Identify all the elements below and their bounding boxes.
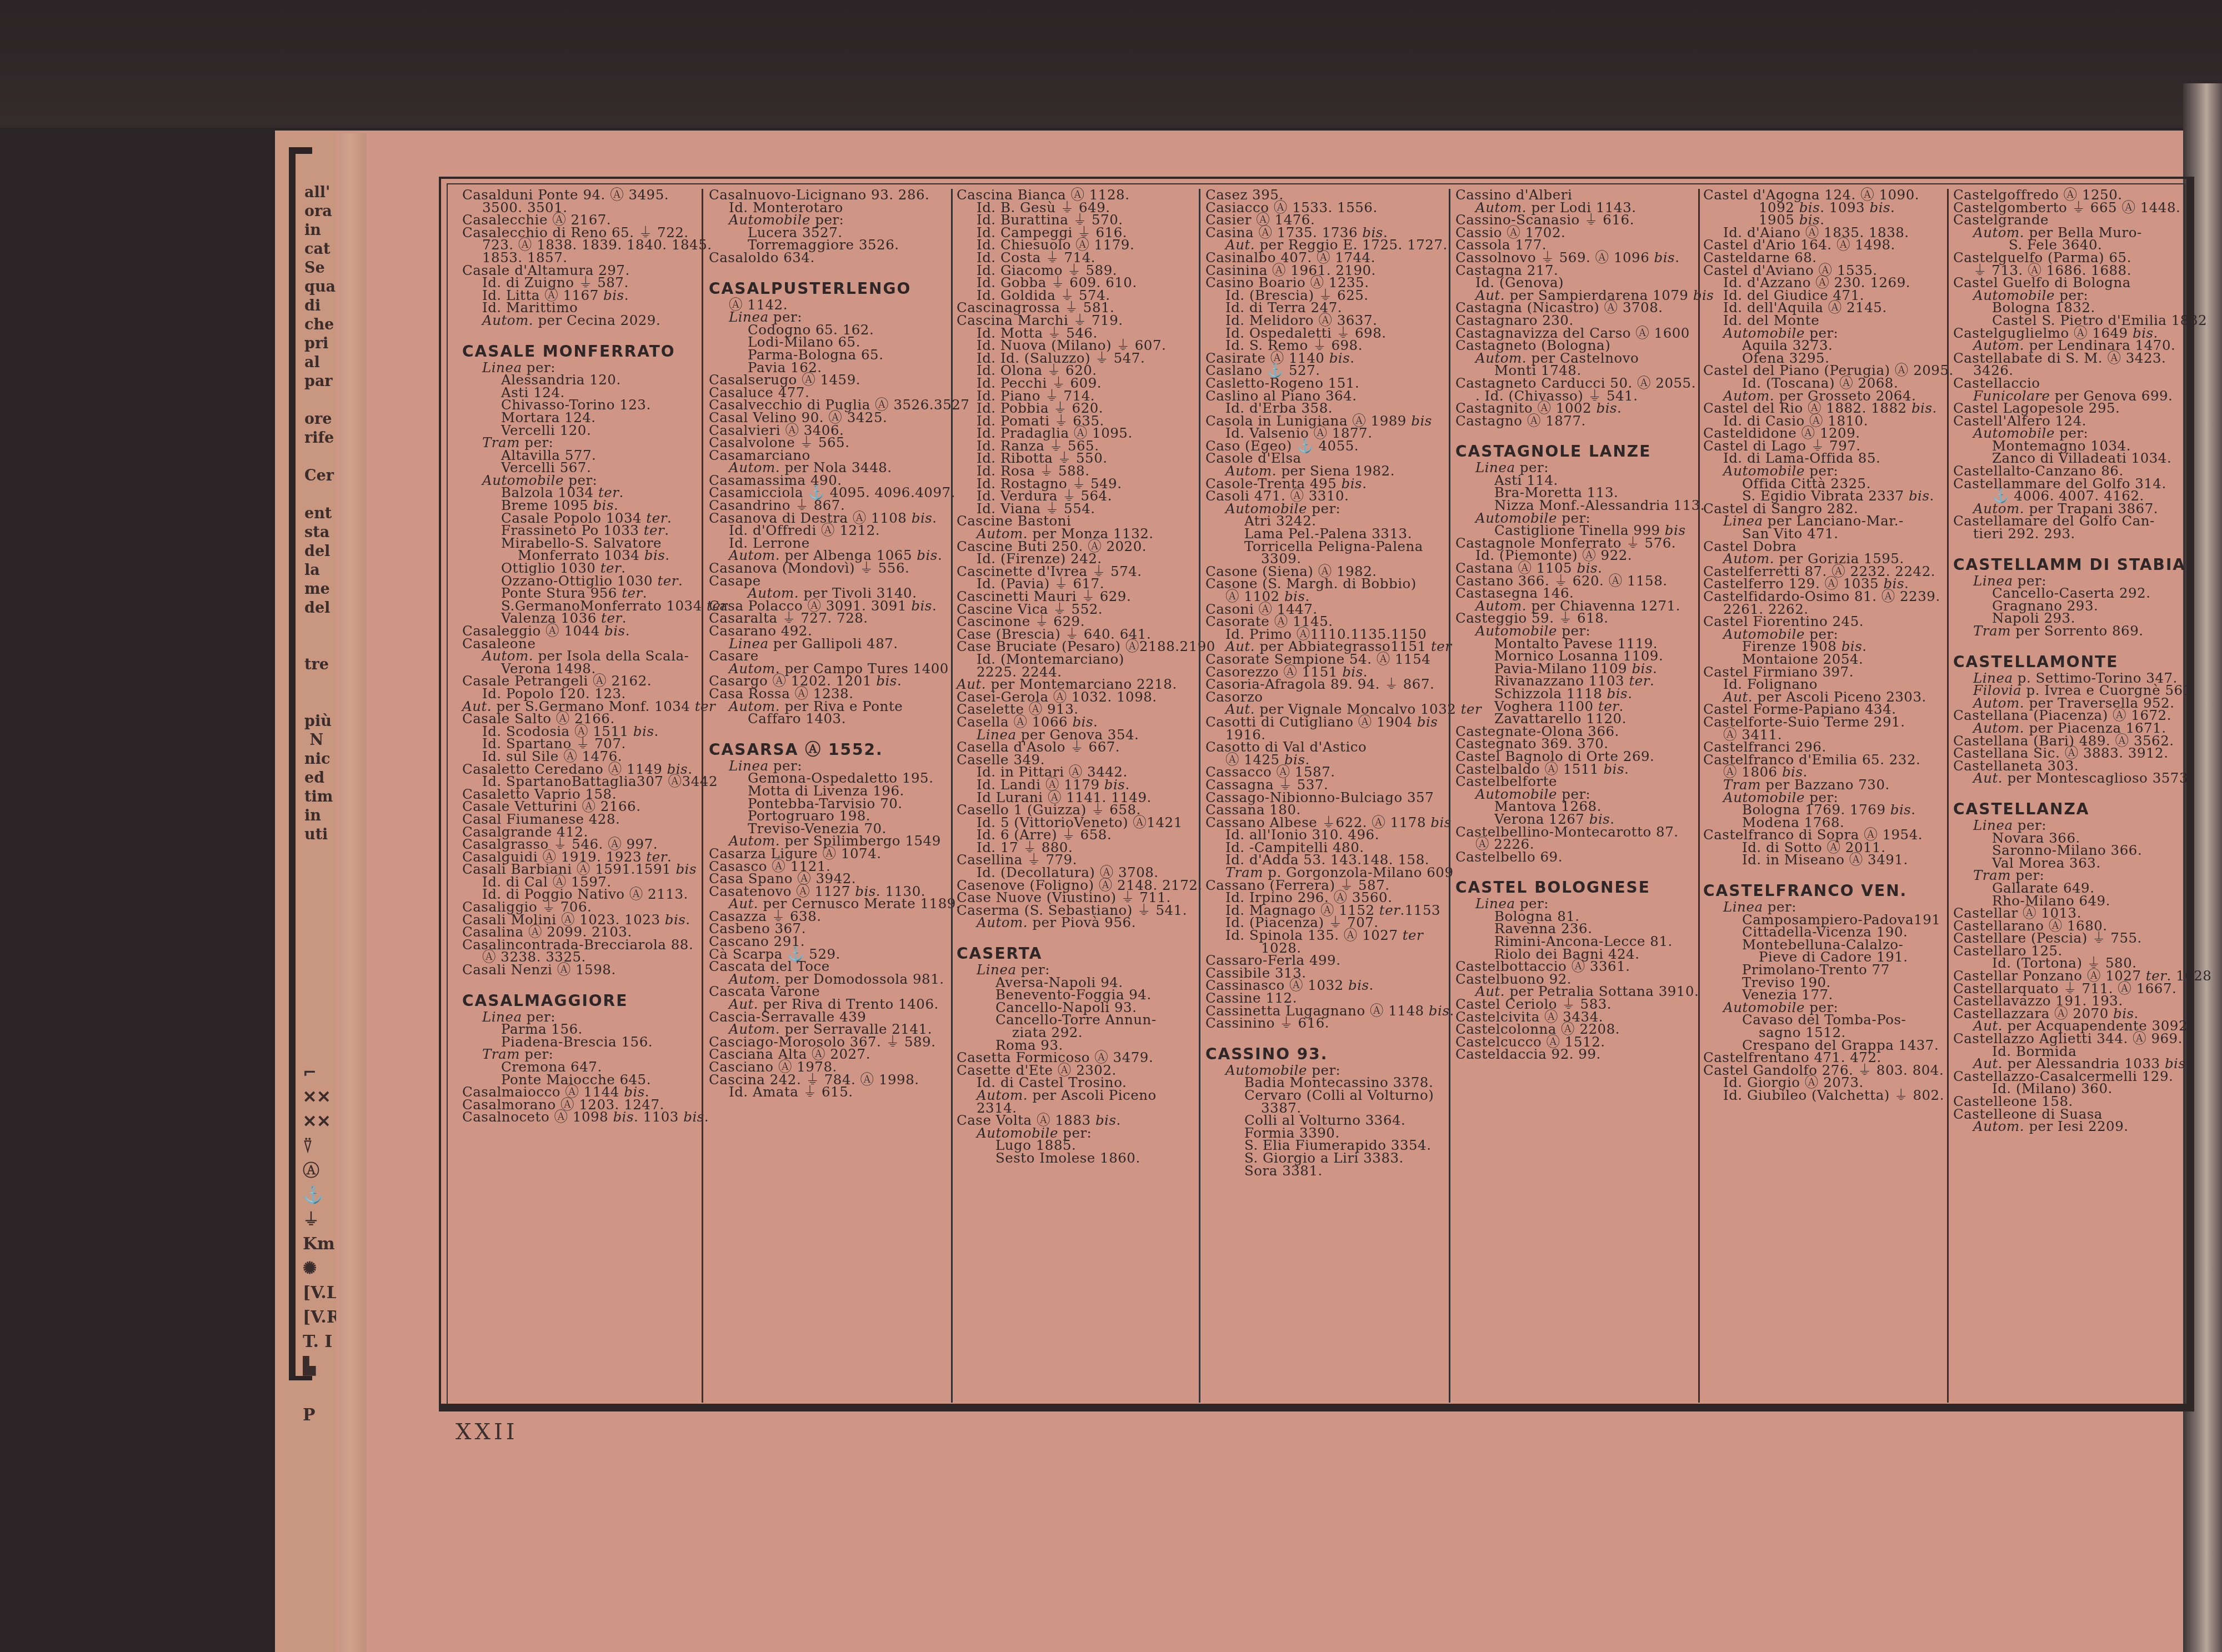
section-heading: CASTAGNOLE LANZE bbox=[1455, 442, 1700, 462]
page-fold-edge bbox=[339, 133, 367, 1652]
section-heading: CASTELLAMONTE bbox=[1953, 652, 2186, 672]
index-entry: Caffaro 1403. bbox=[709, 713, 953, 725]
index-column-3: Cascina Bianca Ⓐ 1128.Id. B. Gesù ⏚ 649.… bbox=[957, 189, 1201, 1400]
index-entry: Autom. per Cecina 2029. bbox=[462, 314, 707, 327]
index-column-1: Casalduni Ponte 94. Ⓐ 3495.3500. 3501.Ca… bbox=[462, 189, 707, 1400]
section-heading: CASALE MONFERRATO bbox=[462, 342, 707, 362]
index-entry: Autom. per Piovà 956. bbox=[957, 917, 1201, 929]
index-entry: Castelbello 69. bbox=[1455, 851, 1700, 864]
column-divider bbox=[1698, 189, 1700, 1403]
index-column-4: Casez 395.Casiacco Ⓐ 1533. 1556.Casier Ⓐ… bbox=[1205, 189, 1450, 1400]
section-heading: CASSINO 93. bbox=[1205, 1044, 1450, 1064]
column-divider bbox=[1449, 189, 1450, 1403]
index-entry: Alessandria 120. bbox=[462, 374, 707, 387]
index-entry: S. Giorgio a Liri 3383. bbox=[1205, 1152, 1450, 1165]
index-entry: Aut. per Montescaglioso 3573. bbox=[1953, 772, 2186, 785]
page-number: XXII bbox=[456, 1419, 518, 1445]
index-entry: Id. Spinola 135. Ⓐ 1027 ter bbox=[1205, 929, 1450, 942]
index-entry: ziata 292. bbox=[957, 1027, 1201, 1039]
index-entry: Casaloldo 634. bbox=[709, 252, 953, 264]
index-entry: Casteldaccia 92. 99. bbox=[1455, 1048, 1700, 1061]
index-entry: Sora 3381. bbox=[1205, 1165, 1450, 1178]
index-entry: Torricella Peligna-Palena bbox=[1205, 540, 1450, 553]
index-entry: Automobile per: bbox=[957, 1127, 1201, 1140]
section-heading: CASTEL BOLOGNESE bbox=[1455, 878, 1700, 898]
dark-background bbox=[0, 0, 2222, 128]
index-entry: Casalnoceto Ⓐ 1098 bis. 1103 bis. bbox=[462, 1111, 707, 1124]
page-frame-shadow-right bbox=[2186, 177, 2194, 1409]
index-entry: Id. Amata ⏚ 615. bbox=[709, 1086, 953, 1099]
section-heading: CASARSA Ⓐ 1552. bbox=[709, 740, 953, 760]
section-heading: CASTELLANZA bbox=[1953, 799, 2186, 819]
index-entry: tieri 292. 293. bbox=[1953, 528, 2186, 540]
column-divider bbox=[702, 189, 703, 1403]
index-entry: Automobile per: bbox=[1205, 503, 1450, 515]
column-divider bbox=[1199, 189, 1200, 1403]
index-entry: Parma-Bologna 65. bbox=[709, 349, 953, 362]
column-divider bbox=[1947, 189, 1949, 1403]
section-heading: CASTELFRANCO VEN. bbox=[1703, 881, 1948, 901]
index-entry: 1092 bis. 1093 bis. bbox=[1703, 202, 1948, 214]
index-column-2: Casalnuovo-Licignano 93. 286.Id. Montero… bbox=[709, 189, 953, 1400]
index-entry: Linea per: bbox=[462, 1011, 707, 1024]
index-entry: Linea per: bbox=[1455, 462, 1700, 474]
index-entry: Autom. per Iesi 2209. bbox=[1953, 1120, 2186, 1133]
index-entry: Id. Giubileo (Valchetta) ⏚ 802. bbox=[1703, 1089, 1948, 1102]
page-frame-shadow-bottom bbox=[439, 1404, 2194, 1411]
index-entry: Cassinino ⏚ 616. bbox=[1205, 1017, 1450, 1030]
section-heading: CASERTA bbox=[957, 944, 1201, 964]
section-heading: CASALMAGGIORE bbox=[462, 991, 707, 1011]
index-column-5: Cassino d'AlberiAutom. per Lodi 1143.Cas… bbox=[1455, 189, 1700, 1400]
section-heading: CASTELLAMM DI STABIA bbox=[1953, 555, 2186, 575]
column-divider bbox=[951, 189, 953, 1403]
index-entry: Id. in Miseano Ⓐ 3491. bbox=[1703, 854, 1948, 867]
index-column-6: Castel d'Agogna 124. Ⓐ 1090.1092 bis. 10… bbox=[1703, 189, 1948, 1400]
index-entry: Castagno Ⓐ 1877. bbox=[1455, 415, 1700, 428]
index-entry: Sesto Imolese 1860. bbox=[957, 1152, 1201, 1165]
section-heading: CASALPUSTERLENGO bbox=[709, 279, 953, 299]
index-column-7: Castelgoffredo Ⓐ 1250.Castelgomberto ⏚ 6… bbox=[1953, 189, 2186, 1400]
index-entry: Tram per Sorrento 869. bbox=[1953, 625, 2186, 638]
index-entry: Casali Nenzi Ⓐ 1598. bbox=[462, 964, 707, 977]
index-entry: Cervaro (Colli al Volturno) bbox=[1205, 1089, 1450, 1102]
